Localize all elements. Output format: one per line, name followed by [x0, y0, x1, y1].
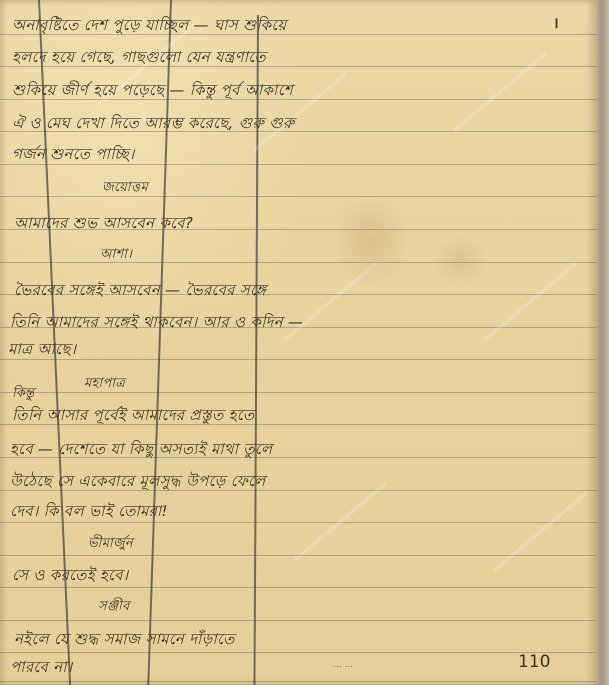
footer-scribble: ... ... — [333, 660, 353, 670]
manuscript-line: দেব। কি বল ভাই তোমরা! — [10, 500, 168, 525]
watermark — [493, 492, 587, 572]
manuscript-line: ভৈরবের সঙ্গেই আসবেন — ভৈরবের সঙ্গে — [14, 279, 266, 304]
speaker-name: জয়োত্তম — [102, 178, 148, 199]
manuscript-line: হবে — দেশেতে যা কিছু অসত্যই মাথা তুলে — [10, 438, 272, 463]
watermark — [483, 262, 577, 342]
manuscript-page: অনাবৃষ্টিতে দেশ পুড়ে যাচ্ছিল — ঘাস শুকি… — [0, 0, 598, 685]
manuscript-line: সে ও করতেই হবে। — [12, 564, 128, 589]
manuscript-line: আমাদের শুভ আসবেন কবে? — [14, 212, 193, 237]
ruled-line — [0, 620, 598, 621]
watermark — [453, 52, 547, 132]
manuscript-line: পারবে না। — [10, 656, 72, 681]
corner-mark: । — [553, 13, 559, 33]
ruled-line — [0, 262, 598, 263]
manuscript-line: নইলে যে শুদ্ধ সমাজ সামনে দাঁড়াতে — [14, 628, 235, 653]
speaker-name: আশা। — [100, 245, 132, 266]
manuscript-line: মাত্র আছে। — [8, 338, 76, 363]
speaker-name: মহাপাত্র — [84, 374, 125, 395]
manuscript-line: উঠেছে সে একেবারে মূলসুদ্ধ উপড়ে ফেলে — [10, 470, 265, 495]
ruled-line — [0, 359, 598, 360]
manuscript-line: অনাবৃষ্টিতে দেশ পুড়ে যাচ্ছিল — ঘাস শুকি… — [12, 14, 287, 39]
page-number: 110 — [518, 652, 550, 672]
speaker-name: ভীমার্জুন — [88, 534, 133, 555]
aside-word: কিন্তু — [12, 384, 34, 405]
manuscript-line: তিনি আমাদের সঙ্গেই থাকবেন। আর ও কদিন — — [10, 311, 303, 336]
ruled-line — [0, 681, 598, 682]
manuscript-line: ঐ ও মেঘ দেখা দিতে আরম্ভ করেছে, গুরু গুরু — [12, 112, 295, 137]
manuscript-line: তিনি আসার পূর্বেই আমাদের প্রস্তুত হতে — [12, 404, 254, 429]
manuscript-line: শুকিয়ে জীর্ণ হয়ে পড়েছে — কিন্তু পূর্ব… — [12, 79, 293, 104]
manuscript-line: হলদে হয়ে গেছে, গাছগুলো যেন যন্ত্রণাতে — [12, 46, 266, 71]
page-edge — [597, 0, 609, 685]
speaker-name: সঞ্জীব — [98, 597, 130, 618]
manuscript-line: গর্জন শুনতে পাচ্ছি। — [12, 143, 135, 168]
ruled-line — [0, 196, 598, 197]
